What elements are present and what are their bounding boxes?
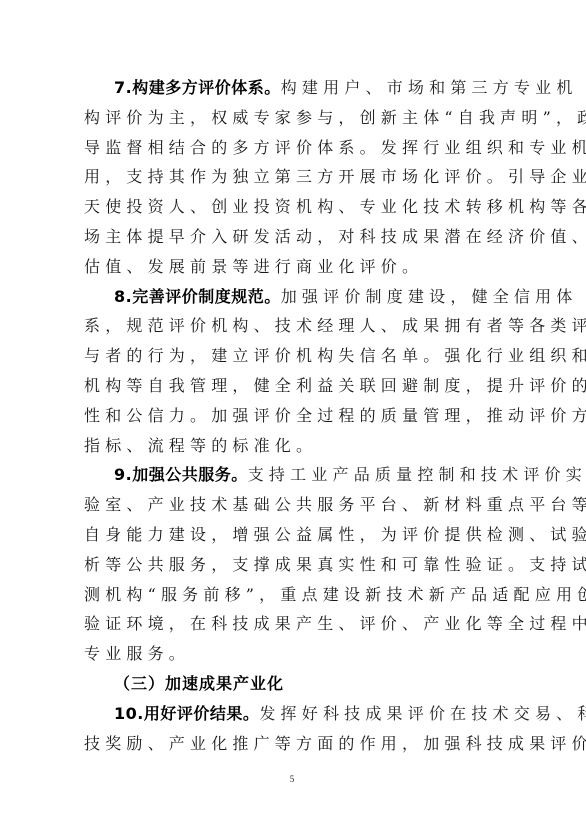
paragraph-7-line-2: 构评价为主，权威专家参与，创新主体“自我声明”，政府引 — [84, 103, 499, 133]
paragraph-8-line-6: 指标、流程等的标准化。 — [84, 431, 499, 461]
paragraph-9-line-1: 9.加强公共服务。支持工业产品质量控制和技术评价实 — [84, 460, 499, 490]
paragraph-9-line-3: 自身能力建设，增强公益属性，为评价提供检测、试验、分 — [84, 520, 499, 550]
section-heading-line: （三）加速成果产业化 — [84, 669, 499, 699]
paragraph-7-line-6: 场主体提早介入研发活动，对科技成果潜在经济价值、市场 — [84, 222, 499, 252]
document-page: 7.构建多方评价体系。构建用户、市场和第三方专业机 构评价为主，权威专家参与，创… — [0, 0, 586, 827]
paragraph-7-heading: 7.构建多方评价体系。 — [114, 78, 281, 97]
paragraph-10-heading: 10.用好评价结果。 — [114, 704, 259, 723]
document-body: 7.构建多方评价体系。构建用户、市场和第三方专业机 构评价为主，权威专家参与，创… — [84, 73, 499, 758]
paragraph-8-text: 加强评价制度建设，健全信用体 — [281, 287, 578, 306]
page-number: 5 — [286, 774, 298, 784]
paragraph-8-heading: 8.完善评价制度规范。 — [114, 287, 281, 306]
paragraph-9-line-5: 测机构“服务前移”，重点建设新技术新产品适配应用创新与 — [84, 580, 499, 610]
paragraph-8-line-1: 8.完善评价制度规范。加强评价制度建设，健全信用体 — [84, 282, 499, 312]
paragraph-8-line-3: 与者的行为，建立评价机构失信名单。强化行业组织和专业 — [84, 341, 499, 371]
section-heading: （三）加速成果产业化 — [114, 674, 284, 693]
paragraph-8-line-4: 机构等自我管理，健全利益关联回避制度，提升评价的权威 — [84, 371, 499, 401]
paragraph-10-text: 发挥好科技成果评价在技术交易、科 — [259, 704, 586, 723]
paragraph-7-line-7: 估值、发展前景等进行商业化评价。 — [84, 252, 499, 282]
paragraph-9-line-6: 验证环境，在科技成果产生、评价、产业化等全过程中提供 — [84, 609, 499, 639]
paragraph-9-text: 支持工业产品质量控制和技术评价实 — [248, 465, 586, 484]
paragraph-7-line-1: 7.构建多方评价体系。构建用户、市场和第三方专业机 — [84, 73, 499, 103]
paragraph-10-line-2: 技奖励、产业化推广等方面的作用，加强科技成果评价与项 — [84, 729, 499, 759]
paragraph-7-line-5: 天使投资人、创业投资机构、专业化技术转移机构等各类市 — [84, 192, 499, 222]
paragraph-7-text: 构建用户、市场和第三方专业机 — [281, 78, 578, 97]
paragraph-8-line-2: 系，规范评价机构、技术经理人、成果拥有者等各类评价参 — [84, 311, 499, 341]
paragraph-8-line-5: 性和公信力。加强评价全过程的质量管理，推动评价方法、 — [84, 401, 499, 431]
paragraph-7-line-4: 用，支持其作为独立第三方开展市场化评价。引导企业家、 — [84, 162, 499, 192]
paragraph-9-line-2: 验室、产业技术基础公共服务平台、新材料重点平台等加强 — [84, 490, 499, 520]
paragraph-7-line-3: 导监督相结合的多方评价体系。发挥行业组织和专业机构作 — [84, 133, 499, 163]
paragraph-9-line-7: 专业服务。 — [84, 639, 499, 669]
paragraph-9-heading: 9.加强公共服务。 — [114, 465, 248, 484]
paragraph-9-line-4: 析等公共服务，支撑成果真实性和可靠性验证。支持试验检 — [84, 550, 499, 580]
paragraph-10-line-1: 10.用好评价结果。发挥好科技成果评价在技术交易、科 — [84, 699, 499, 729]
